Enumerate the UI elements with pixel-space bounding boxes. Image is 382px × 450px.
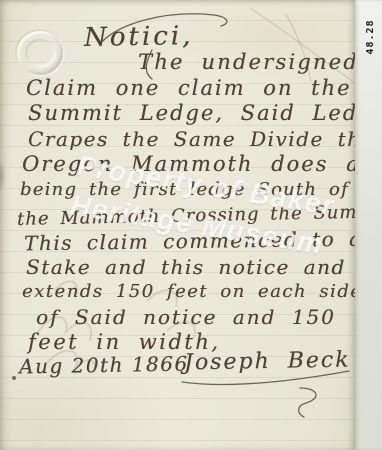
signature: Joseph Beck: [184, 348, 351, 376]
manuscript-line: Summit Ledge, Said Ledge: [28, 101, 382, 125]
manuscript-line: This claim commenced to a: [24, 227, 363, 256]
manuscript-line: Oregon Mammoth does and: [22, 152, 382, 176]
manuscript-line: The undersigned: [138, 50, 359, 74]
embossed-seal: [17, 31, 63, 75]
manuscript-line: of Said notice and 150: [36, 305, 336, 329]
ink-speck: [12, 376, 16, 380]
accession-number-label: 48.28: [356, 7, 382, 67]
scan-mat-strip: [355, 0, 382, 450]
manuscript-title: Notici,: [84, 21, 194, 53]
manuscript-line: Claim one claim on the: [26, 76, 351, 100]
page-edge-notch: [0, 158, 6, 194]
manuscript-line: Stake and this notice and: [26, 255, 346, 279]
date-line: Aug 20th 1866: [19, 352, 189, 379]
manuscript-line: Crapes the Same Divide the: [28, 127, 375, 151]
scanned-document-photo: Notici, The undersigned Claim one claim …: [0, 0, 382, 450]
manuscript-line: extends 150 feet on each side: [22, 281, 362, 302]
manuscript-line: being the first ledge South of: [20, 179, 349, 200]
